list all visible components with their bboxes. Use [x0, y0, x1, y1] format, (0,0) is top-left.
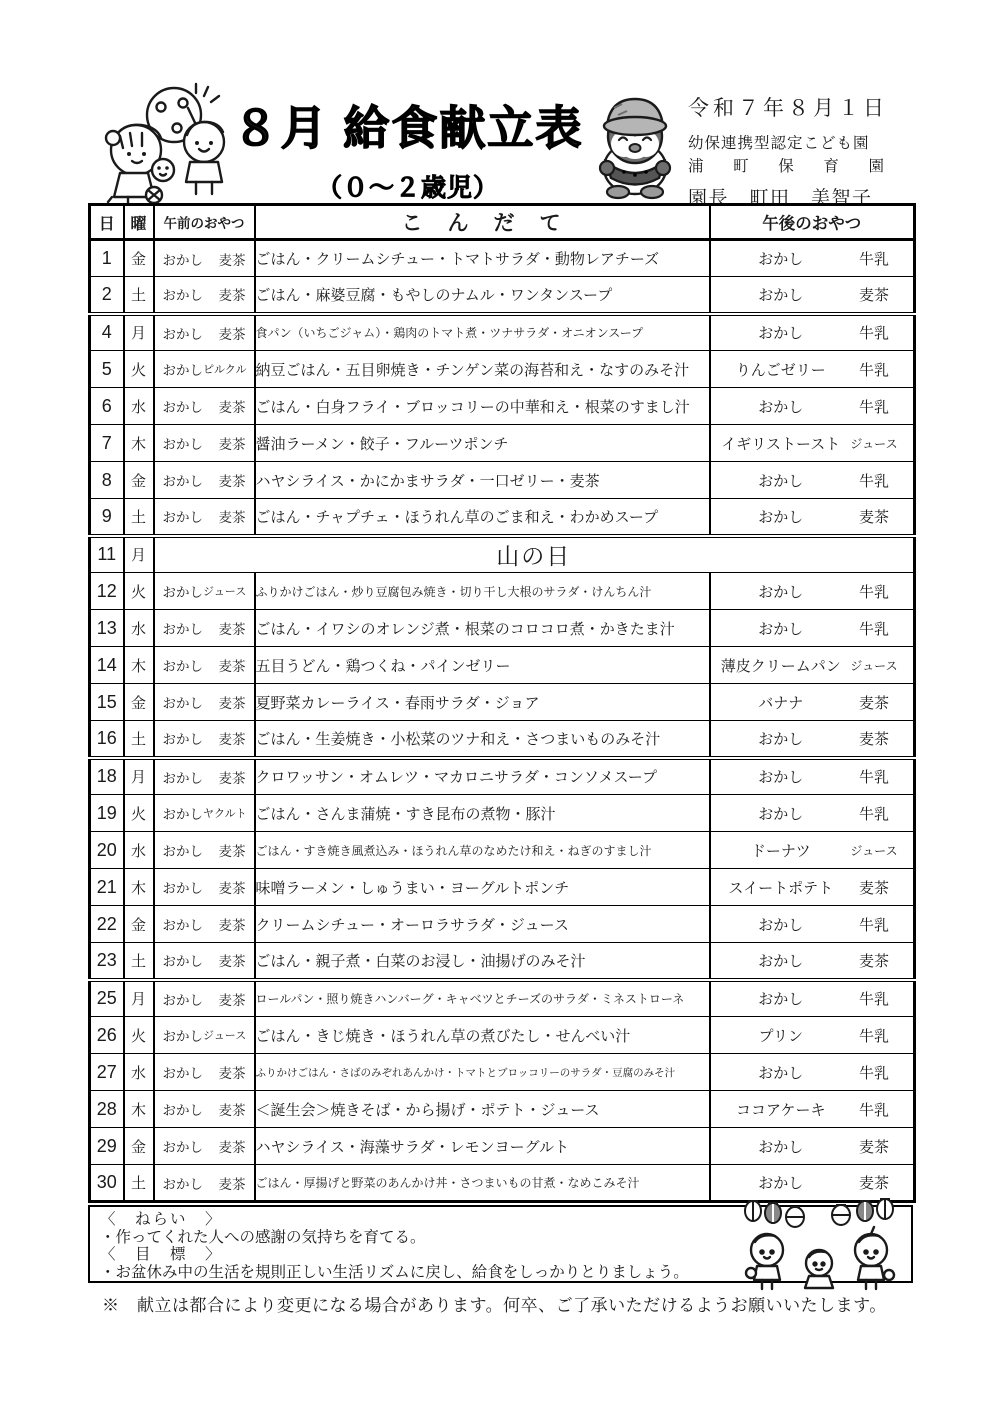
day-cell: 23 [90, 943, 124, 980]
weekday-cell: 土 [124, 721, 154, 758]
pm-snack-drink: 牛乳 [843, 248, 905, 269]
menu-cell: 食パン（いちごジャム）・鶏肉のトマト煮・ツナサラダ・オニオンスープ [255, 314, 710, 351]
pm-snack-name: おかし [719, 506, 844, 527]
col-header-weekday: 曜 [124, 205, 154, 240]
am-snack-name: おかし [163, 1136, 204, 1156]
pm-snack-name: ココアケーキ [719, 1099, 844, 1120]
day-cell: 20 [90, 832, 124, 869]
am-snack-drink: 麦茶 [219, 1099, 246, 1119]
pm-snack-drink: 牛乳 [843, 1025, 905, 1046]
menu-cell: ごはん・さんま蒲焼・すき昆布の煮物・豚汁 [255, 795, 710, 832]
am-snack-name: おかし [163, 914, 204, 934]
menu-row: 27 水 おかし 麦茶 ふりかけごはん・さばのみぞれあんかけ・トマトとブロッコリ… [90, 1054, 915, 1091]
am-snack-name: おかし [163, 581, 204, 601]
menu-row: 5 火 おかし ピルクル 納豆ごはん・五目卵焼き・チンゲン菜の海苔和え・なすのみ… [90, 351, 915, 388]
am-snack-cell: おかし 麦茶 [154, 869, 255, 906]
day-cell: 7 [90, 425, 124, 462]
menu-cell: ごはん・すき焼き風煮込み・ほうれん草のなめたけ和え・ねぎのすまし汁 [255, 832, 710, 869]
pm-snack-name: おかし [719, 1136, 844, 1157]
pm-snack-cell: おかし 麦茶 [710, 1128, 915, 1165]
weekday-cell: 水 [124, 610, 154, 647]
day-cell: 2 [90, 277, 124, 314]
pm-snack-drink: ジュース [843, 657, 905, 674]
pm-snack-cell: 薄皮クリームパン ジュース [710, 647, 915, 684]
am-snack-name: おかし [163, 396, 204, 416]
am-snack-name: おかし [163, 692, 204, 712]
table-header-row: 日 曜 午前のおやつ こ ん だ て 午後のおやつ [90, 205, 915, 240]
col-header-pm-snack: 午後のおやつ [710, 205, 915, 240]
pm-snack-cell: おかし 牛乳 [710, 314, 915, 351]
menu-cell: 醤油ラーメン・餃子・フルーツポンチ [255, 425, 710, 462]
am-snack-cell: おかし 麦茶 [154, 1054, 255, 1091]
am-snack-cell: おかし 麦茶 [154, 314, 255, 351]
day-cell: 12 [90, 573, 124, 610]
menu-row: 8 金 おかし 麦茶 ハヤシライス・かにかまサラダ・一口ゼリー・麦茶 おかし 牛… [90, 462, 915, 499]
am-snack-drink: ジュース [203, 1027, 246, 1043]
weekday-cell: 月 [124, 314, 154, 351]
menu-cell: ごはん・イワシのオレンジ煮・根菜のコロコロ煮・かきたま汁 [255, 610, 710, 647]
pm-snack-drink: 牛乳 [843, 470, 905, 491]
am-snack-drink: ピルクル [203, 361, 246, 377]
day-cell: 15 [90, 684, 124, 721]
pm-snack-cell: りんごゼリー 牛乳 [710, 351, 915, 388]
day-cell: 25 [90, 980, 124, 1017]
am-snack-name: おかし [163, 989, 204, 1009]
pm-snack-name: おかし [719, 248, 844, 269]
am-snack-drink: 麦茶 [219, 767, 246, 787]
pm-snack-cell: ココアケーキ 牛乳 [710, 1091, 915, 1128]
penguin-watermelon-illustration [594, 86, 676, 200]
pm-snack-name: イギリストースト [719, 433, 844, 454]
menu-cell: ハヤシライス・海藻サラダ・レモンヨーグルト [255, 1128, 710, 1165]
am-snack-drink: ヤクルト [203, 805, 247, 821]
pm-snack-name: おかし [719, 322, 844, 343]
pm-snack-name: おかし [719, 988, 844, 1009]
weekday-cell: 水 [124, 1054, 154, 1091]
pm-snack-drink: 麦茶 [843, 1136, 905, 1157]
am-snack-drink: 麦茶 [219, 840, 246, 860]
menu-row: 2 土 おかし 麦茶 ごはん・麻婆豆腐・もやしのナムル・ワンタンスープ おかし … [90, 277, 915, 314]
menu-cell: ごはん・白身フライ・ブロッコリーの中華和え・根菜のすまし汁 [255, 388, 710, 425]
issue-date: 令和７年８月１日 [688, 92, 908, 122]
menu-row: 15 金 おかし 麦茶 夏野菜カレーライス・春雨サラダ・ジョア バナナ 麦茶 [90, 684, 915, 721]
pm-snack-name: バナナ [719, 692, 844, 713]
am-snack-drink: 麦茶 [219, 1062, 246, 1082]
am-snack-cell: おかし 麦茶 [154, 721, 255, 758]
am-snack-name: おかし [163, 950, 204, 970]
day-cell: 21 [90, 869, 124, 906]
weekday-cell: 水 [124, 388, 154, 425]
day-cell: 30 [90, 1165, 124, 1202]
pm-snack-cell: イギリストースト ジュース [710, 425, 915, 462]
day-cell: 9 [90, 499, 124, 536]
am-snack-name: おかし [163, 506, 204, 526]
day-cell: 14 [90, 647, 124, 684]
weekday-cell: 金 [124, 906, 154, 943]
am-snack-name: おかし [163, 1025, 204, 1045]
am-snack-name: おかし [163, 618, 204, 638]
am-snack-cell: おかし 麦茶 [154, 462, 255, 499]
am-snack-name: おかし [163, 284, 204, 304]
pm-snack-name: プリン [719, 1025, 844, 1046]
pm-snack-cell: プリン 牛乳 [710, 1017, 915, 1054]
am-snack-name: おかし [163, 1099, 204, 1119]
pm-snack-name: おかし [719, 950, 844, 971]
am-snack-drink: 麦茶 [219, 728, 246, 748]
day-cell: 8 [90, 462, 124, 499]
pm-snack-cell: おかし 牛乳 [710, 573, 915, 610]
am-snack-name: おかし [163, 323, 204, 343]
am-snack-cell: おかし 麦茶 [154, 1091, 255, 1128]
day-cell: 27 [90, 1054, 124, 1091]
weekday-cell: 金 [124, 684, 154, 721]
menu-row: 6 水 おかし 麦茶 ごはん・白身フライ・ブロッコリーの中華和え・根菜のすまし汁… [90, 388, 915, 425]
menu-row: 29 金 おかし 麦茶 ハヤシライス・海藻サラダ・レモンヨーグルト おかし 麦茶 [90, 1128, 915, 1165]
pm-snack-cell: おかし 牛乳 [710, 795, 915, 832]
am-snack-drink: 麦茶 [219, 1173, 246, 1193]
pm-snack-drink: 麦茶 [843, 877, 905, 898]
am-snack-drink: 麦茶 [219, 1136, 246, 1156]
am-snack-drink: 麦茶 [219, 284, 246, 304]
weekday-cell: 土 [124, 499, 154, 536]
am-snack-cell: おかし ヤクルト [154, 795, 255, 832]
pm-snack-cell: おかし 麦茶 [710, 277, 915, 314]
goals-box: 〈 ねらい 〉 ・作ってくれた人への感謝の気持ちを育てる。 〈 目 標 〉 ・お… [88, 1205, 913, 1283]
am-snack-name: おかし [163, 470, 204, 490]
am-snack-cell: おかし ジュース [154, 573, 255, 610]
am-snack-cell: おかし 麦茶 [154, 647, 255, 684]
am-snack-name: おかし [163, 249, 204, 269]
menu-cell: クロワッサン・オムレツ・マカロニサラダ・コンソメスープ [255, 758, 710, 795]
pm-snack-drink: ジュース [843, 842, 905, 859]
am-snack-cell: おかし 麦茶 [154, 943, 255, 980]
title-block: ８月 給食献立表 （０～２歳児） [222, 92, 594, 204]
pm-snack-drink: 牛乳 [843, 766, 905, 787]
pm-snack-name: おかし [719, 803, 844, 824]
issuer-info: 令和７年８月１日 幼保連携型認定こども園 浦町保育園 園長 町田 美智子 [688, 92, 908, 210]
pm-snack-drink: 牛乳 [843, 581, 905, 602]
am-snack-name: おかし [163, 728, 204, 748]
menu-row: 16 土 おかし 麦茶 ごはん・生姜焼き・小松菜のツナ和え・さつまいものみそ汁 … [90, 721, 915, 758]
menu-row: 4 月 おかし 麦茶 食パン（いちごジャム）・鶏肉のトマト煮・ツナサラダ・オニオ… [90, 314, 915, 351]
weekday-cell: 木 [124, 1091, 154, 1128]
day-cell: 19 [90, 795, 124, 832]
menu-row: 9 土 おかし 麦茶 ごはん・チャプチェ・ほうれん草のごま和え・わかめスープ お… [90, 499, 915, 536]
day-cell: 5 [90, 351, 124, 388]
menu-cell: 味噌ラーメン・しゅうまい・ヨーグルトポンチ [255, 869, 710, 906]
pm-snack-cell: おかし 牛乳 [710, 758, 915, 795]
day-cell: 4 [90, 314, 124, 351]
weekday-cell: 水 [124, 832, 154, 869]
weekday-cell: 火 [124, 795, 154, 832]
am-snack-drink: 麦茶 [219, 877, 246, 897]
menu-row: 26 火 おかし ジュース ごはん・きじ焼き・ほうれん草の煮びたし・せんべい汁 … [90, 1017, 915, 1054]
am-snack-drink: 麦茶 [219, 506, 246, 526]
pm-snack-cell: おかし 牛乳 [710, 388, 915, 425]
am-snack-name: おかし [163, 1173, 204, 1193]
weekday-cell: 火 [124, 351, 154, 388]
day-cell: 26 [90, 1017, 124, 1054]
am-snack-drink: 麦茶 [219, 655, 246, 675]
am-snack-cell: おかし 麦茶 [154, 980, 255, 1017]
menu-row: 12 火 おかし ジュース ふりかけごはん・炒り豆腐包み焼き・切り干し大根のサラ… [90, 573, 915, 610]
pm-snack-drink: 牛乳 [843, 1062, 905, 1083]
menu-row: 28 木 おかし 麦茶 ＜誕生会＞焼きそば・から揚げ・ポテト・ジュース ココアケ… [90, 1091, 915, 1128]
menu-row: 7 木 おかし 麦茶 醤油ラーメン・餃子・フルーツポンチ イギリストースト ジュ… [90, 425, 915, 462]
pm-snack-cell: ドーナツ ジュース [710, 832, 915, 869]
change-note: ※ 献立は都合により変更になる場合があります。何卒、ご了承いただけるようお願いい… [102, 1291, 887, 1316]
col-header-menu: こ ん だ て [255, 205, 710, 240]
col-header-day: 日 [90, 205, 124, 240]
pm-snack-drink: 麦茶 [843, 692, 905, 713]
am-snack-cell: おかし 麦茶 [154, 832, 255, 869]
pm-snack-cell: おかし 麦茶 [710, 943, 915, 980]
am-snack-drink: 麦茶 [219, 914, 246, 934]
pm-snack-drink: 麦茶 [843, 506, 905, 527]
menu-cell: ごはん・親子煮・白菜のお浸し・油揚げのみそ汁 [255, 943, 710, 980]
menu-cell: ごはん・生姜焼き・小松菜のツナ和え・さつまいものみそ汁 [255, 721, 710, 758]
menu-row: 25 月 おかし 麦茶 ロールパン・照り焼きハンバーグ・キャベツとチーズのサラダ… [90, 980, 915, 1017]
am-snack-cell: おかし ピルクル [154, 351, 255, 388]
am-snack-drink: 麦茶 [219, 692, 246, 712]
col-header-am-snack: 午前のおやつ [154, 205, 255, 240]
children-festival-illustration [84, 78, 234, 204]
day-cell: 29 [90, 1128, 124, 1165]
am-snack-cell: おかし 麦茶 [154, 684, 255, 721]
pm-snack-name: おかし [719, 470, 844, 491]
pm-snack-name: 薄皮クリームパン [719, 655, 844, 676]
weekday-cell: 金 [124, 240, 154, 277]
pm-snack-drink: 麦茶 [843, 284, 905, 305]
weekday-cell: 木 [124, 647, 154, 684]
am-snack-drink: 麦茶 [219, 433, 246, 453]
menu-row: 20 水 おかし 麦茶 ごはん・すき焼き風煮込み・ほうれん草のなめたけ和え・ねぎ… [90, 832, 915, 869]
pm-snack-cell: おかし 牛乳 [710, 610, 915, 647]
am-snack-name: おかし [163, 767, 204, 787]
am-snack-cell: おかし 麦茶 [154, 1128, 255, 1165]
menu-cell: ロールパン・照り焼きハンバーグ・キャベツとチーズのサラダ・ミネストローネ [255, 980, 710, 1017]
weekday-cell: 月 [124, 980, 154, 1017]
weekday-cell: 火 [124, 1017, 154, 1054]
am-snack-drink: 麦茶 [219, 989, 246, 1009]
am-snack-name: おかし [163, 1062, 204, 1082]
pm-snack-cell: バナナ 麦茶 [710, 684, 915, 721]
pm-snack-drink: 麦茶 [843, 728, 905, 749]
am-snack-drink: 麦茶 [219, 618, 246, 638]
weekday-cell: 木 [124, 869, 154, 906]
holiday-row: 11 月 山の日 [90, 536, 915, 573]
pm-snack-cell: おかし 牛乳 [710, 980, 915, 1017]
menu-cell: 五目うどん・鶏つくね・パインゼリー [255, 647, 710, 684]
pm-snack-drink: 牛乳 [843, 396, 905, 417]
pm-snack-drink: 牛乳 [843, 988, 905, 1009]
pm-snack-name: おかし [719, 396, 844, 417]
weekday-cell: 土 [124, 943, 154, 980]
pm-snack-drink: 牛乳 [843, 914, 905, 935]
pm-snack-name: おかし [719, 766, 844, 787]
menu-cell: 納豆ごはん・五目卵焼き・チンゲン菜の海苔和え・なすのみそ汁 [255, 351, 710, 388]
am-snack-name: おかし [163, 359, 204, 379]
menu-row: 1 金 おかし 麦茶 ごはん・クリームシチュー・トマトサラダ・動物レアチーズ お… [90, 240, 915, 277]
pm-snack-name: おかし [719, 1062, 844, 1083]
am-snack-cell: おかし 麦茶 [154, 1165, 255, 1202]
weekday-cell: 月 [124, 536, 154, 573]
pm-snack-drink: 牛乳 [843, 618, 905, 639]
menu-cell: クリームシチュー・オーロラサラダ・ジュース [255, 906, 710, 943]
day-cell: 11 [90, 536, 124, 573]
am-snack-cell: おかし 麦茶 [154, 758, 255, 795]
pm-snack-drink: 麦茶 [843, 950, 905, 971]
pm-snack-name: スイートポテト [719, 877, 844, 898]
am-snack-name: おかし [163, 877, 204, 897]
menu-cell: ごはん・チャプチェ・ほうれん草のごま和え・わかめスープ [255, 499, 710, 536]
babies-lanterns-illustration [733, 1193, 905, 1295]
am-snack-cell: おかし ジュース [154, 1017, 255, 1054]
organization-name: 浦町保育園 [688, 154, 884, 176]
pm-snack-name: おかし [719, 914, 844, 935]
am-snack-cell: おかし 麦茶 [154, 906, 255, 943]
day-cell: 18 [90, 758, 124, 795]
holiday-cell: 山の日 [154, 536, 915, 573]
pm-snack-cell: おかし 牛乳 [710, 906, 915, 943]
day-cell: 28 [90, 1091, 124, 1128]
am-snack-name: おかし [163, 803, 204, 823]
day-cell: 22 [90, 906, 124, 943]
pm-snack-drink: ジュース [843, 435, 905, 452]
menu-cell: ＜誕生会＞焼きそば・から揚げ・ポテト・ジュース [255, 1091, 710, 1128]
am-snack-cell: おかし 麦茶 [154, 425, 255, 462]
menu-row: 19 火 おかし ヤクルト ごはん・さんま蒲焼・すき昆布の煮物・豚汁 おかし 牛… [90, 795, 915, 832]
weekday-cell: 金 [124, 462, 154, 499]
pm-snack-cell: おかし 麦茶 [710, 499, 915, 536]
am-snack-drink: 麦茶 [219, 950, 246, 970]
pm-snack-cell: おかし 牛乳 [710, 1054, 915, 1091]
am-snack-cell: おかし 麦茶 [154, 499, 255, 536]
weekday-cell: 木 [124, 425, 154, 462]
am-snack-cell: おかし 麦茶 [154, 610, 255, 647]
pm-snack-name: おかし [719, 618, 844, 639]
pm-snack-drink: 牛乳 [843, 322, 905, 343]
am-snack-drink: 麦茶 [219, 249, 246, 269]
menu-cell: ごはん・クリームシチュー・トマトサラダ・動物レアチーズ [255, 240, 710, 277]
am-snack-drink: ジュース [203, 583, 246, 599]
pm-snack-name: りんごゼリー [719, 359, 844, 380]
day-cell: 13 [90, 610, 124, 647]
pm-snack-drink: 牛乳 [843, 1099, 905, 1120]
menu-row: 21 木 おかし 麦茶 味噌ラーメン・しゅうまい・ヨーグルトポンチ スイートポテ… [90, 869, 915, 906]
menu-table: 日 曜 午前のおやつ こ ん だ て 午後のおやつ 1 金 おかし 麦茶 ごはん… [88, 203, 916, 1203]
pm-snack-name: おかし [719, 728, 844, 749]
lunch-menu-page: ８月 給食献立表 （０～２歳児） 令和７年８月１日 幼保連携型認定こども園 浦町… [0, 0, 1000, 1414]
weekday-cell: 土 [124, 277, 154, 314]
weekday-cell: 土 [124, 1165, 154, 1202]
am-snack-drink: 麦茶 [219, 323, 246, 343]
pm-snack-cell: おかし 麦茶 [710, 721, 915, 758]
pm-snack-drink: 牛乳 [843, 359, 905, 380]
menu-cell: ごはん・きじ焼き・ほうれん草の煮びたし・せんべい汁 [255, 1017, 710, 1054]
am-snack-name: おかし [163, 655, 204, 675]
pm-snack-drink: 牛乳 [843, 803, 905, 824]
day-cell: 1 [90, 240, 124, 277]
menu-cell: ハヤシライス・かにかまサラダ・一口ゼリー・麦茶 [255, 462, 710, 499]
pm-snack-name: おかし [719, 284, 844, 305]
pm-snack-cell: おかし 牛乳 [710, 462, 915, 499]
menu-row: 23 土 おかし 麦茶 ごはん・親子煮・白菜のお浸し・油揚げのみそ汁 おかし 麦… [90, 943, 915, 980]
page-title: ８月 給食献立表 [222, 92, 594, 158]
pm-snack-name: ドーナツ [719, 840, 844, 861]
day-cell: 16 [90, 721, 124, 758]
menu-cell: ごはん・厚揚げと野菜のあんかけ丼・さつまいもの甘煮・なめこみそ汁 [255, 1165, 710, 1202]
menu-row: 13 水 おかし 麦茶 ごはん・イワシのオレンジ煮・根菜のコロコロ煮・かきたま汁… [90, 610, 915, 647]
menu-cell: ふりかけごはん・さばのみぞれあんかけ・トマトとブロッコリーのサラダ・豆腐のみそ汁 [255, 1054, 710, 1091]
am-snack-name: おかし [163, 433, 204, 453]
weekday-cell: 金 [124, 1128, 154, 1165]
menu-cell: ごはん・麻婆豆腐・もやしのナムル・ワンタンスープ [255, 277, 710, 314]
menu-cell: 夏野菜カレーライス・春雨サラダ・ジョア [255, 684, 710, 721]
pm-snack-cell: スイートポテト 麦茶 [710, 869, 915, 906]
am-snack-cell: おかし 麦茶 [154, 277, 255, 314]
menu-row: 14 木 おかし 麦茶 五目うどん・鶏つくね・パインゼリー 薄皮クリームパン ジ… [90, 647, 915, 684]
organization-type: 幼保連携型認定こども園 [688, 131, 908, 153]
am-snack-drink: 麦茶 [219, 470, 246, 490]
menu-row: 18 月 おかし 麦茶 クロワッサン・オムレツ・マカロニサラダ・コンソメスープ … [90, 758, 915, 795]
menu-cell: ふりかけごはん・炒り豆腐包み焼き・切り干し大根のサラダ・けんちん汁 [255, 573, 710, 610]
menu-row: 22 金 おかし 麦茶 クリームシチュー・オーロラサラダ・ジュース おかし 牛乳 [90, 906, 915, 943]
am-snack-drink: 麦茶 [219, 396, 246, 416]
pm-snack-name: おかし [719, 581, 844, 602]
am-snack-cell: おかし 麦茶 [154, 240, 255, 277]
pm-snack-name: おかし [719, 1172, 844, 1193]
day-cell: 6 [90, 388, 124, 425]
pm-snack-cell: おかし 牛乳 [710, 240, 915, 277]
am-snack-cell: おかし 麦茶 [154, 388, 255, 425]
pm-snack-drink: 麦茶 [843, 1172, 905, 1193]
weekday-cell: 月 [124, 758, 154, 795]
page-subtitle: （０～２歳児） [222, 168, 594, 204]
weekday-cell: 火 [124, 573, 154, 610]
am-snack-name: おかし [163, 840, 204, 860]
